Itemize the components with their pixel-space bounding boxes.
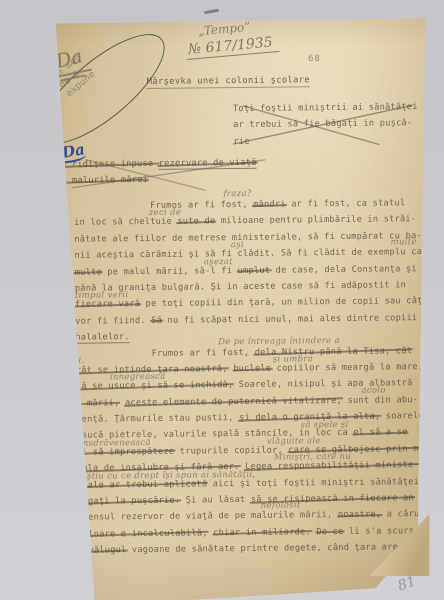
epigraph-block: Toţi foştii miniştrii ai sănătăţeiar tre… [233, 102, 418, 153]
pencil-note: timpul verii [75, 290, 129, 301]
pencil-note: acolo [361, 385, 385, 395]
typed-text: de case, dela Constanţa şi [270, 264, 417, 276]
struck-text: buclele [233, 364, 271, 374]
pencil-note: ştiu cu ce drept îşi spun ai sănătăţii, [87, 469, 255, 481]
pencil-note: zeci de [149, 208, 181, 218]
pencil-note: vlăguite ale [267, 436, 321, 447]
typed-text: in loc să cheltuie [74, 217, 177, 228]
typed-text: a cărui [381, 509, 425, 519]
manuscript-paper: „Tempo” № 617/1935 68 Da un mod de a exp… [46, 16, 430, 600]
struck-text: Să [151, 316, 162, 326]
typed-text: sunt din abu- [342, 395, 418, 406]
struck-text: noastre, [338, 510, 382, 520]
document-title: Mărşevka unei colonii şcolare [147, 75, 310, 89]
struck-text: pe malurile mărei [56, 175, 148, 186]
blue-ink-da-note: Da [61, 140, 87, 162]
struck-text: tăvălugul [78, 545, 127, 556]
typed-text: rie [233, 137, 249, 147]
typed-text: nu fi scăpat nici unul, mai ales dintre … [162, 313, 439, 326]
typed-text: Şi au lăsat [180, 495, 251, 506]
typed-text: li s'a scurs [343, 526, 414, 537]
struck-text: aceste elemente de puternică vitalizare, [125, 396, 342, 408]
typed-text: halalelor. [75, 332, 129, 344]
struck-text: fiecare vară [75, 299, 140, 310]
pencil-note: fraza? [223, 189, 251, 199]
typed-text: pe malul mării, să-l fi [102, 266, 238, 277]
pencil-note: nefolosit [261, 501, 301, 511]
pencil-note: să spele şi [301, 420, 349, 430]
typed-text: vor fi fiind. [75, 316, 151, 327]
pencil-note: şi umbra [273, 354, 313, 364]
struck-text: sute de [177, 217, 215, 227]
pencil-note: însdrăvenească [80, 438, 151, 449]
struck-text: a mării, [76, 398, 120, 408]
pencil-note: multe [391, 237, 417, 247]
typed-text: denţă. Ţărmurile stau pustii, [76, 413, 239, 425]
deleted-subtitle-block: De ridişese inpuse rezervare de viaţăpe … [56, 158, 257, 193]
typed-text: ar trebui să fie băgaţi in puşcă- [233, 119, 412, 131]
typed-line: tăvălugul vagoane de sănătate printre de… [78, 542, 418, 562]
typed-text: Frumos ar fi fost, [151, 347, 254, 358]
pencil-note: aşi [231, 240, 244, 250]
struck-text: băgaţi la puşcărie. [77, 496, 180, 507]
pencil-note: aşezat [204, 257, 233, 267]
pencil-note: şi [66, 418, 74, 428]
epigraph-line: rie [233, 135, 418, 153]
pencil-note: De pe întreaga întindere a [218, 335, 340, 346]
pencil-note: Miniştri, care nu [274, 452, 351, 463]
typed-text: Toţi foştii miniştrii ai sănătăţei [233, 102, 418, 114]
epigraph-line: Toţi foştii miniştrii ai sănătăţei [233, 102, 418, 120]
typed-text: milioane pentru plimbările in străi- [215, 215, 416, 227]
struck-text: umplut [238, 265, 271, 275]
typed-body: Frumos ar fi fost, mândri ar fi fost, ca… [74, 198, 418, 562]
corner-pencil-scribble: 81 [396, 574, 418, 595]
typed-text: soarele [380, 411, 424, 421]
epigraph-line: ar trebui să fie băgaţi in puşcă- [233, 119, 418, 137]
struck-text: chiar in miliarde. [213, 527, 311, 538]
pencil-note: înnegrească [110, 372, 166, 383]
typed-text: trupurile copiilor, [174, 445, 288, 456]
struck-text: mândri [253, 199, 286, 209]
pencil-note: ţării, [62, 356, 85, 366]
typed-text: imensul rezervor de viaţă de pe malurile… [77, 510, 338, 523]
struck-text: De ce [316, 527, 343, 537]
struck-text: el să a se [353, 428, 407, 439]
typed-text: ar fi fost, ca statul [286, 198, 406, 209]
pencil-mark [204, 9, 219, 15]
struck-text: multe [75, 267, 102, 277]
typed-text: pe toţi copiii din ţară, un milion de co… [140, 296, 428, 309]
struck-text: rezervare de viaţă [159, 158, 257, 170]
photo-background: „Tempo” № 617/1935 68 Da un mod de a exp… [0, 0, 444, 600]
typed-text: vagoane de sănătate printre degete, când… [126, 542, 419, 555]
struck-text: valoare e incalculabilă, [77, 528, 207, 539]
